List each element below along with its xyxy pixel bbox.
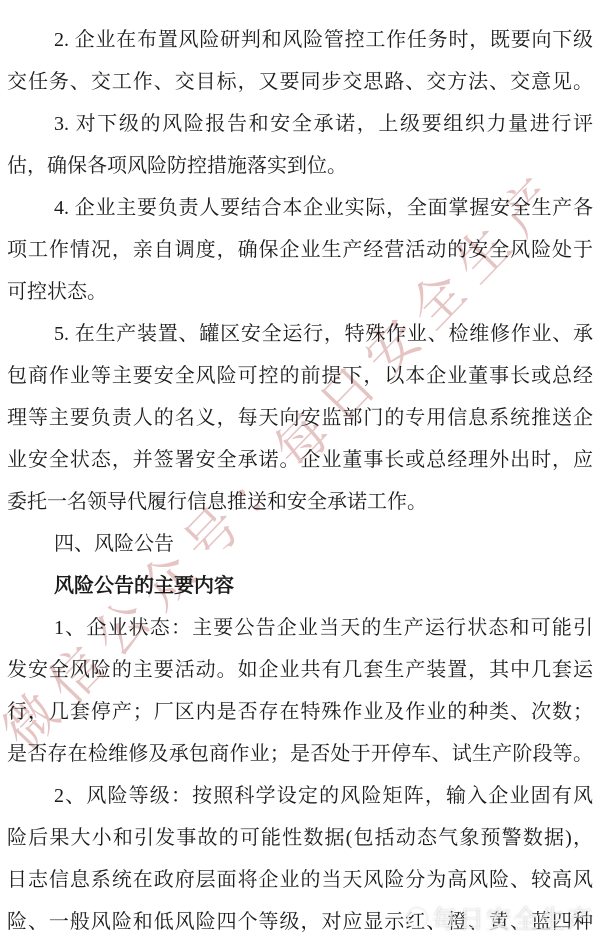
text-line: 日志信息系统在政府层面将企业的当天风险分为高风险、较高风 [7,859,593,901]
text-line: 发安全风险的主要活动。如企业共有几套生产装置，其中几套运 [7,649,593,691]
text-line: 5. 在生产装置、罐区安全运行，特殊作业、检维修作业、承 [7,313,593,355]
text-line: 包商作业等主要安全风险可控的前提下，以本企业董事长或总经 [7,355,593,397]
text-line: 是否存在检维修及承包商作业；是否处于开停车、试生产阶段等。 [7,733,593,775]
text-line: 委托一名领导代履行信息推送和安全承诺工作。 [7,481,593,523]
text-line: 交任务、交工作、交目标，又要同步交思路、交方法、交意见。 [7,61,593,103]
text-line: 风险公告的主要内容 [7,565,593,607]
text-line: 业安全状态，并签署安全承诺。企业董事长或总经理外出时，应 [7,439,593,481]
text-line: 四、风险公告 [7,523,593,565]
text-line: 2、风险等级：按照科学设定的风险矩阵，输入企业固有风 [7,775,593,817]
document-page: 微信公众号：每日安全生产 2. 企业在布置风险研判和风险管控工作任务时，既要向下… [0,0,600,950]
text-line: 项工作情况，亲自调度，确保企业生产经营活动的安全风险处于 [7,229,593,271]
text-line: 估，确保各项风险防控措施落实到位。 [7,145,593,187]
text-line: 险后果大小和引发事故的可能性数据(包括动态气象预警数据)， [7,817,593,859]
document-body: 2. 企业在布置风险研判和风险管控工作任务时，既要向下级交任务、交工作、交目标，… [0,0,600,950]
text-line: 3. 对下级的风险报告和安全承诺，上级要组织力量进行评 [7,103,593,145]
text-line: 行，几套停产；厂区内是否存在特殊作业及作业的种类、次数； [7,691,593,733]
text-line: 理等主要负责人的名义，每天向安监部门的专用信息系统推送企 [7,397,593,439]
text-line: 2. 企业在布置风险研判和风险管控工作任务时，既要向下级 [7,19,593,61]
text-line: 可控状态。 [7,271,593,313]
text-line: 4. 企业主要负责人要结合本企业实际，全面掌握安全生产各 [7,187,593,229]
text-line: 1、企业状态：主要公告企业当天的生产运行状态和可能引 [7,607,593,649]
text-line: 险、一般风险和低风险四个等级，对应显示红、橙、黄、蓝四种 [7,901,593,943]
